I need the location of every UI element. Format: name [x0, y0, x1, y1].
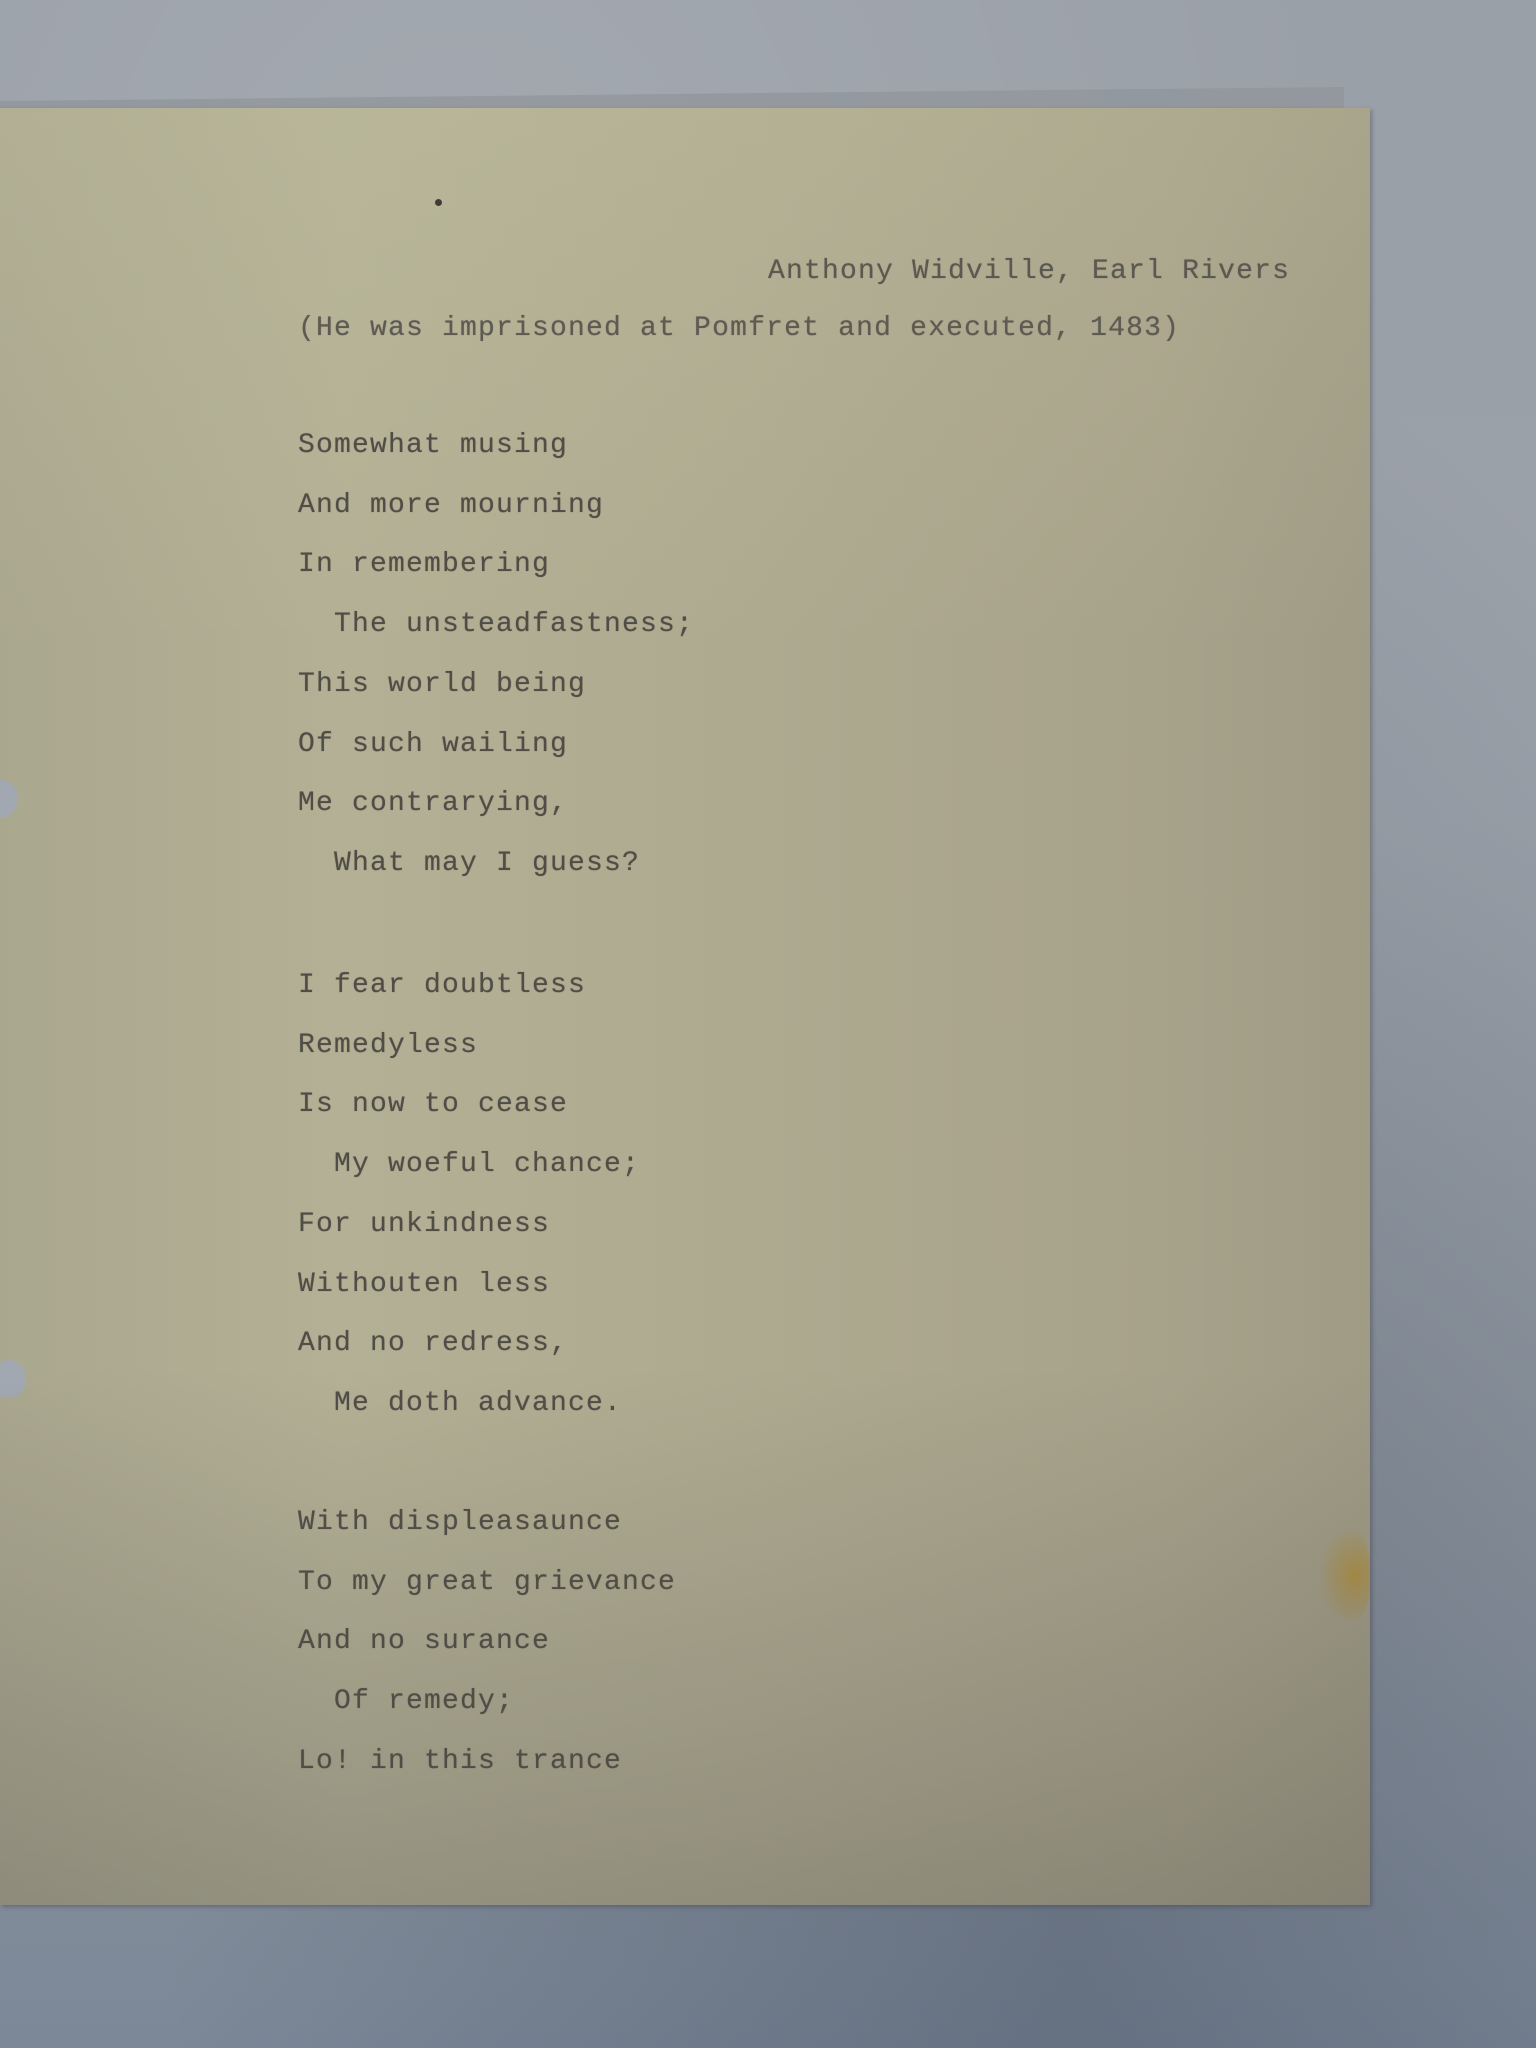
typewritten-page — [0, 108, 1370, 1905]
paper-stain — [1320, 1528, 1370, 1623]
author-heading: Anthony Widville, Earl Rivers — [768, 258, 1290, 286]
poem-line: My woeful chance; — [334, 1151, 640, 1179]
punch-hole-top — [0, 780, 18, 818]
poem-line: I fear doubtless — [298, 972, 586, 1000]
poem-line: Somewhat musing — [298, 432, 568, 460]
poem-line: Withouten less — [298, 1271, 550, 1299]
poem-line: In remembering — [298, 551, 550, 579]
poem-line: This world being — [298, 671, 586, 699]
punch-hole-bottom — [0, 1360, 26, 1398]
poem-line: Is now to cease — [298, 1091, 568, 1119]
poem-line: Lo! in this trance — [298, 1748, 622, 1776]
poem-line: For unkindness — [298, 1211, 550, 1239]
poem-line: Of such wailing — [298, 731, 568, 759]
poem-line: The unsteadfastness; — [334, 611, 694, 639]
poem-line: With displeasaunce — [298, 1509, 622, 1537]
poem-line: And more mourning — [298, 492, 604, 520]
poem-line: Me doth advance. — [334, 1390, 622, 1418]
poem-line: Me contrarying, — [298, 790, 568, 818]
poem-line: What may I guess? — [334, 850, 640, 878]
poem-line: And no redress, — [298, 1330, 568, 1358]
stray-ink-dot — [435, 199, 442, 206]
poem-line: And no surance — [298, 1628, 550, 1656]
historical-note: (He was imprisoned at Pomfret and execut… — [298, 315, 1180, 343]
poem-line: To my great grievance — [298, 1569, 676, 1597]
poem-line: Remedyless — [298, 1032, 478, 1060]
poem-line: Of remedy; — [334, 1688, 514, 1716]
